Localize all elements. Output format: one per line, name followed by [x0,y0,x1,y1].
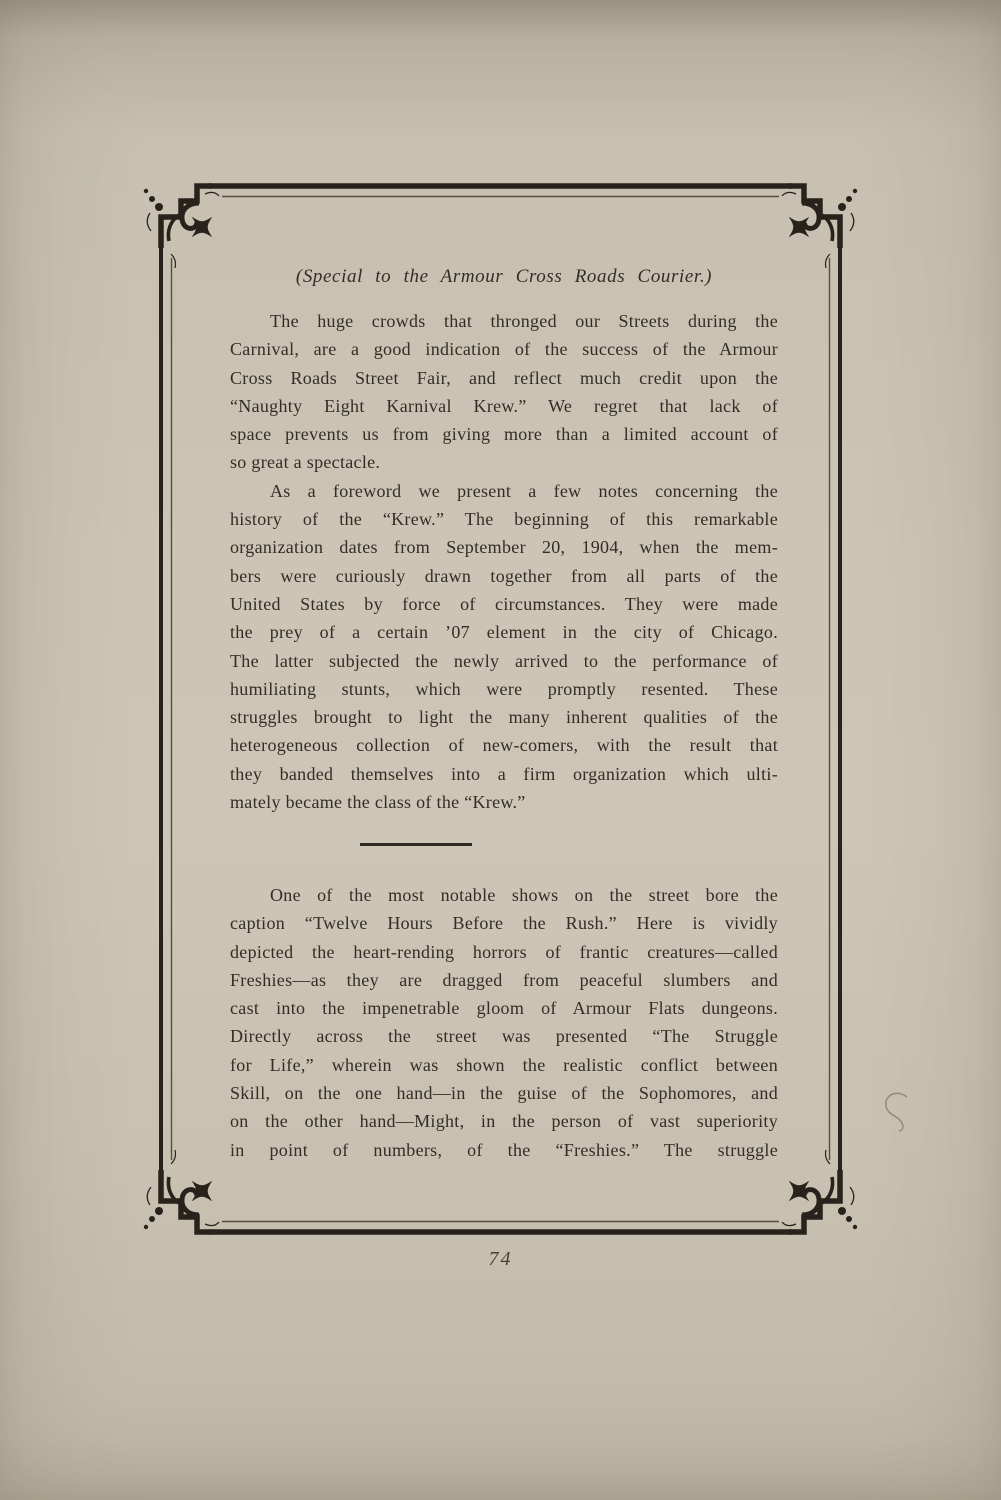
text-line: mately became the class of the “Krew.” [230,788,778,816]
text-line: in point of numbers, of the “Freshies.” … [230,1136,778,1164]
scanned-book-page: (Special to the Armour Cross Roads Couri… [0,0,1001,1500]
text-line: heterogeneous collection of new-comers, … [230,731,778,759]
corner-flourish-icon [778,186,857,268]
text-line: history of the “Krew.” The beginning of … [230,505,778,533]
text-line: they banded themselves into a firm organ… [230,760,778,788]
corner-flourish-icon [144,1150,223,1232]
text-line: humiliating stunts, which were promptly … [230,675,778,703]
text-line: Cross Roads Street Fair, and reflect muc… [230,364,778,392]
text-line: Carnival, are a good indication of the s… [230,335,778,363]
article-heading: (Special to the Armour Cross Roads Couri… [230,266,778,288]
text-line: the prey of a certain ’07 element in the… [230,618,778,646]
corner-flourish-icon [778,1150,857,1232]
text-line: so great a spectacle. [230,448,778,476]
text-line: space prevents us from giving more than … [230,420,778,448]
pencil-mark [886,1093,907,1131]
text-line: Freshies—as they are dragged from peacef… [230,966,778,994]
text-line: struggles brought to light the many inhe… [230,703,778,731]
article-body: The huge crowds that thronged our Street… [230,307,778,1164]
text-line: for Life,” wherein was shown the realist… [230,1051,778,1079]
text-line: The huge crowds that thronged our Street… [230,307,778,335]
text-line: organization dates from September 20, 19… [230,533,778,561]
text-line: on the other hand—Might, in the person o… [230,1107,778,1135]
text-line: As a foreword we present a few notes con… [230,477,778,505]
text-line: cast into the impenetrable gloom of Armo… [230,994,778,1022]
text-line: One of the most notable shows on the str… [230,881,778,909]
text-line: Directly across the street was presented… [230,1022,778,1050]
text-line: United States by force of circumstances.… [230,590,778,618]
text-line: bers were curiously drawn together from … [230,562,778,590]
corner-flourish-icon [144,186,223,268]
section-divider-rule [360,843,472,845]
text-line: depicted the heart-rending horrors of fr… [230,938,778,966]
page-number: 74 [0,1248,1001,1271]
text-line: “Naughty Eight Karnival Krew.” We regret… [230,392,778,420]
text-line: caption “Twelve Hours Before the Rush.” … [230,909,778,937]
text-line: Skill, on the one hand—in the guise of t… [230,1079,778,1107]
text-line: The latter subjected the newly arrived t… [230,647,778,675]
